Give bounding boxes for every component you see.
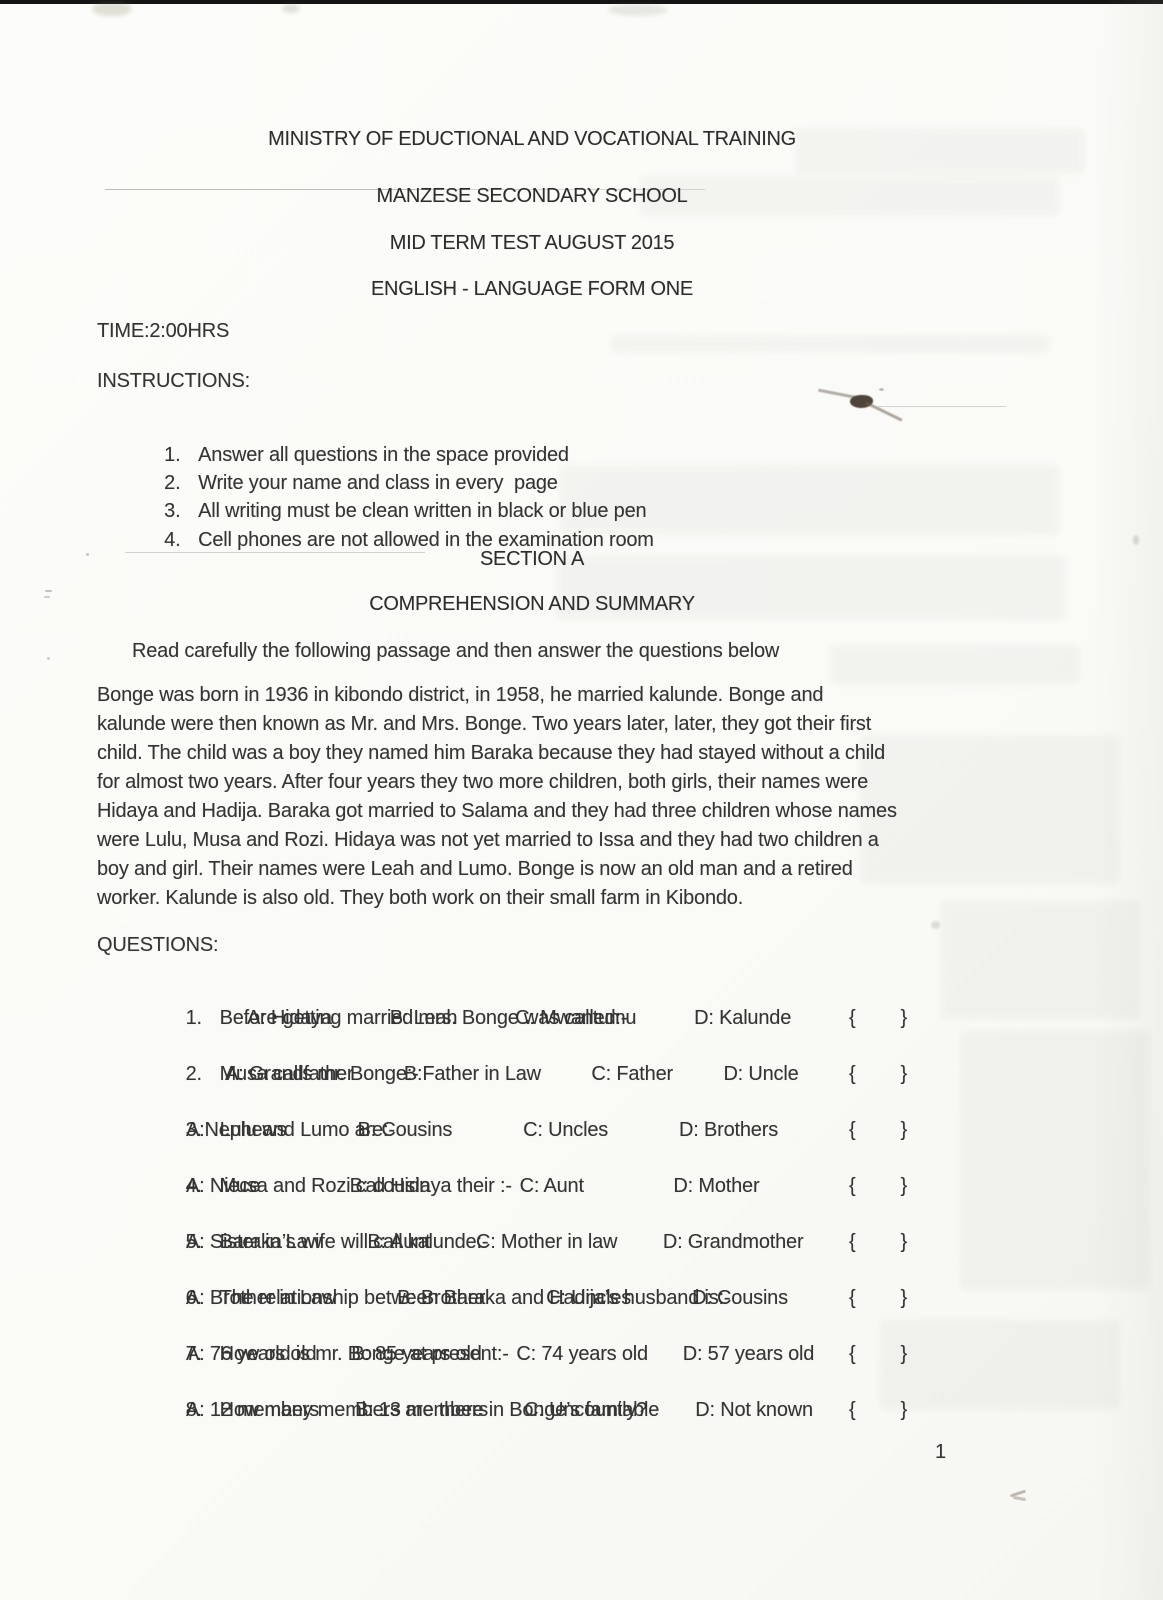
speck-artifact xyxy=(931,921,940,929)
section-a-title: SECTION A xyxy=(97,545,967,574)
option: C: Mwantumu xyxy=(515,1004,636,1032)
close-brace: } xyxy=(901,1228,907,1256)
option: D: Brothers xyxy=(679,1116,778,1144)
option: A:Nephews xyxy=(186,1116,286,1144)
option: A: Brother in Law xyxy=(186,1284,336,1312)
passage-line: worker. Kalunde is also old. They both w… xyxy=(97,884,897,913)
option: A: Sister in Law xyxy=(186,1228,322,1256)
options-row: A: Brother in Law B: Brother C: Uncles D… xyxy=(186,1284,907,1312)
option: D: Kalunde xyxy=(694,1004,791,1032)
speck-artifact xyxy=(44,596,50,598)
exam-paper: MINISTRY OF EDUCTIONAL AND VOCATIONAL TR… xyxy=(0,0,1163,1600)
close-brace: } xyxy=(900,1284,906,1312)
answer-braces: {} xyxy=(849,1172,907,1200)
option: B: Leah xyxy=(390,1004,458,1032)
bleedthrough-artifact xyxy=(830,645,1080,685)
scan-edge-artifact xyxy=(0,0,1163,4)
option: C: Mother in law xyxy=(476,1228,617,1256)
ministry-title: MINISTRY OF EDUCTIONAL AND VOCATIONAL TR… xyxy=(97,125,967,154)
speck-artifact xyxy=(86,553,89,556)
option: C: Uncles xyxy=(523,1116,608,1144)
scan-smudge-artifact xyxy=(282,4,300,13)
answer-braces: {} xyxy=(849,1116,907,1144)
option: C: Uncountable xyxy=(524,1396,659,1424)
questions-title: QUESTIONS: xyxy=(97,931,218,960)
option: A: Hidaya xyxy=(247,1004,332,1032)
answer-braces: {} xyxy=(849,1284,907,1312)
school-name: MANZESE SECONDARY SCHOOL xyxy=(97,182,967,211)
time-allocation: TIME:2:00HRS xyxy=(97,317,229,346)
answer-braces: {} xyxy=(849,1004,907,1032)
instructions-title: INSTRUCTIONS: xyxy=(97,367,250,396)
speck-artifact xyxy=(1133,535,1139,545)
bleedthrough-artifact xyxy=(960,1030,1150,1290)
faint-line-artifact xyxy=(878,406,1006,407)
close-brace: } xyxy=(901,1116,907,1144)
option: B: 13 members xyxy=(355,1396,488,1424)
option: B: 85 years old xyxy=(351,1340,481,1368)
option: B: Cousins xyxy=(357,1116,452,1144)
option: D: Not known xyxy=(695,1396,813,1424)
ink-smudge-artifact xyxy=(865,401,902,421)
instruction-item: 1.Answer all questions in the space prov… xyxy=(97,412,569,441)
close-brace: } xyxy=(901,1060,907,1088)
question-item: 3.Lulu and Lumo are:- A:Nephews B: Cousi… xyxy=(97,1088,967,1144)
option: C: 74 years old xyxy=(516,1340,648,1368)
open-brace: { xyxy=(849,1396,855,1424)
speck-artifact xyxy=(47,657,50,660)
options-row: A: Grandfather B:Father in Law C: Father… xyxy=(225,1060,907,1088)
subject-title: ENGLISH - LANGUAGE FORM ONE xyxy=(97,275,967,304)
close-brace: } xyxy=(901,1396,907,1424)
question-item: 2.Musa calls mr. Bonge:- A: Grandfather … xyxy=(97,1032,967,1088)
question-item: 6.The relationship between Baraka and Ha… xyxy=(97,1256,967,1312)
option: B: Aunt xyxy=(367,1228,430,1256)
questions-list: 1.Before getting married mrs. Bonge was … xyxy=(97,976,967,1424)
option: C: Father xyxy=(591,1060,673,1088)
option: C: Uncles xyxy=(546,1284,631,1312)
answer-braces: {} xyxy=(849,1340,907,1368)
option: A: Niece xyxy=(186,1172,260,1200)
speck-artifact xyxy=(45,590,52,592)
passage-line: Hidaya and Hadija. Baraka got married to… xyxy=(97,797,897,826)
scan-smudge-artifact xyxy=(92,2,132,16)
open-brace: { xyxy=(849,1228,855,1256)
passage-line: boy and girl. Their names were Leah and … xyxy=(97,855,897,884)
open-brace: { xyxy=(849,1284,855,1312)
option: D: Mother xyxy=(673,1172,759,1200)
scan-smudge-artifact xyxy=(608,4,668,16)
passage-line: child. The child was a boy they named hi… xyxy=(97,739,897,768)
close-brace: } xyxy=(901,1172,907,1200)
question-number: 2. xyxy=(186,1060,220,1088)
open-brace: { xyxy=(849,1004,855,1032)
pencil-mark-artifact xyxy=(1010,1490,1026,1498)
question-item: 8.How many members are there in Bonge’s … xyxy=(97,1368,967,1424)
option: D: Cousins xyxy=(692,1284,788,1312)
option: B: cousin xyxy=(350,1172,430,1200)
passage-line: kalunde were then known as Mr. and Mrs. … xyxy=(97,710,897,739)
question-item: 4.Musa and Rozi call Hidaya their :- A: … xyxy=(97,1144,967,1200)
question-item: 1.Before getting married mrs. Bonge was … xyxy=(97,976,967,1032)
pencil-mark-artifact xyxy=(1013,1496,1026,1501)
instruction-item: 2.Write your name and class in every pag… xyxy=(97,440,558,469)
answer-braces: {} xyxy=(849,1060,907,1088)
options-row: A: 12 members B: 13 members C: Uncountab… xyxy=(186,1396,907,1424)
passage-line: Bonge was born in 1936 in kibondo distri… xyxy=(97,681,897,710)
options-row: A: Sister in Law B: Aunt C: Mother in la… xyxy=(186,1228,907,1256)
question-item: 5.Baraka’s wife will call kalunde:- A: S… xyxy=(97,1200,967,1256)
options-row: A: 76 years old B: 85 years old C: 74 ye… xyxy=(186,1340,907,1368)
option: A: 12 members xyxy=(186,1396,319,1424)
option: B: Brother xyxy=(397,1284,485,1312)
option: C: Aunt xyxy=(520,1172,584,1200)
question-item: 7.How old is mr. Bonge at present:- A: 7… xyxy=(97,1312,967,1368)
bleedthrough-artifact xyxy=(860,735,1120,885)
open-brace: { xyxy=(849,1060,855,1088)
bleedthrough-artifact xyxy=(610,335,1050,353)
option: D: Uncle xyxy=(723,1060,798,1088)
option: B:Father in Law xyxy=(404,1060,541,1088)
passage-line: for almost two years. After four years t… xyxy=(97,768,897,797)
ink-smudge-artifact xyxy=(850,395,873,408)
question-number: 1. xyxy=(186,1004,220,1032)
answer-braces: {} xyxy=(849,1396,907,1424)
close-brace: } xyxy=(901,1340,907,1368)
section-a-subtitle: COMPREHENSION AND SUMMARY xyxy=(97,590,967,619)
passage-line: were Lulu, Musa and Rozi. Hidaya was not… xyxy=(97,826,897,855)
bleedthrough-artifact xyxy=(940,900,1140,1020)
open-brace: { xyxy=(849,1340,855,1368)
option: D: Grandmother xyxy=(663,1228,804,1256)
reading-passage: Bonge was born in 1936 in kibondo distri… xyxy=(97,681,897,913)
open-brace: { xyxy=(849,1116,855,1144)
option: D: 57 years old xyxy=(683,1340,815,1368)
instruction-item: 3.All writing must be clean written in b… xyxy=(97,468,646,497)
ink-smudge-artifact xyxy=(879,388,884,391)
open-brace: { xyxy=(849,1172,855,1200)
answer-braces: {} xyxy=(849,1228,907,1256)
instruction-item: 4.Cell phones are not allowed in the exa… xyxy=(97,497,654,526)
option: A: Grandfather xyxy=(225,1060,353,1088)
close-brace: } xyxy=(901,1004,907,1032)
ink-smudge-artifact xyxy=(818,389,864,401)
page-number: 1 xyxy=(935,1438,946,1467)
scan-shade-artifact xyxy=(1093,0,1163,1600)
option: A: 76 years old xyxy=(186,1340,316,1368)
test-title: MID TERM TEST AUGUST 2015 xyxy=(97,229,967,258)
passage-intro: Read carefully the following passage and… xyxy=(132,637,779,666)
